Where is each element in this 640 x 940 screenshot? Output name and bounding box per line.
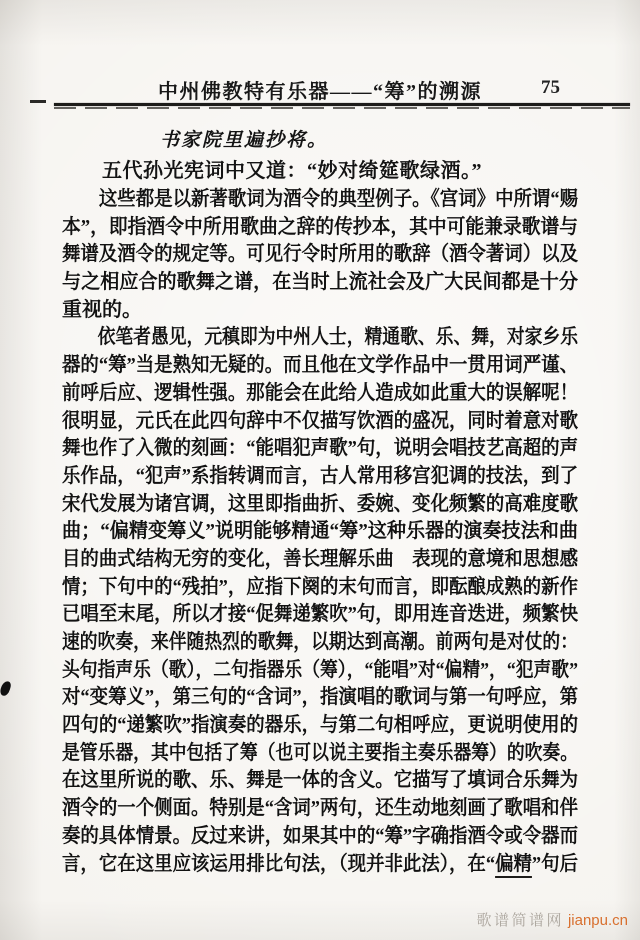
text-line-content: 舞也作了入微的刻画：“能唱犯声歌”句，说明会唱技艺高超的声 — [62, 437, 578, 459]
watermark-site-url: jianpu.cn — [568, 912, 628, 929]
text-line: 头句指声乐（歌），二句指器乐（筹），“能唱”对“偏精”，“犯声歌” — [62, 657, 521, 685]
text-line-content: 酒令的一个侧面。特别是“含词”两句，还生动地刻画了歌唱和伴 — [62, 797, 578, 819]
header-rule-line — [54, 103, 630, 106]
ink-speck — [0, 680, 12, 697]
text-line-content: 乐作品，“犯声”系指转调而言，古人常用移宫犯调的技法，到了 — [62, 465, 578, 487]
text-line-content: 很明显，元氏在此四句辞中不仅描写饮酒的盛况，同时着意对歌 — [62, 410, 578, 432]
header-rule — [54, 103, 630, 111]
paragraph-intro-text: 五代孙光宪词中又道：“妙对绮筵歌绿酒。” — [102, 160, 482, 182]
text-line-content: 是管乐器，其中包括了筹（也可以说主要指主奏乐器筹）的吹奏。 — [62, 742, 578, 764]
header-rule-stub — [30, 100, 46, 103]
poem-quote-text: 书家院里遍抄将。 — [160, 130, 328, 151]
text-line-content: 奏的具体情景。反过来讲，如果其中的“筹”字确指酒令或令器而 — [62, 825, 578, 847]
text-line: 是管乐器，其中包括了筹（也可以说主要指主奏乐器筹）的吹奏。 — [62, 740, 521, 768]
text-line: 酒令的一个侧面。特别是“含词”两句，还生动地刻画了歌唱和伴 — [62, 795, 537, 823]
text-line: 与之相应合的歌舞之谱，在当时上流社会及广大民间都是十分 — [62, 269, 555, 297]
watermark: 歌谱简谱网jianpu.cn — [476, 909, 628, 930]
text-line: 这些都是以新著歌词为酒令的典型例子。《宫词》中所谓“赐 — [62, 186, 537, 214]
poem-quote-line: 书家院里遍抄将。 — [62, 126, 578, 156]
watermark-site-name: 歌谱简谱网 — [476, 912, 564, 929]
page-number: 75 — [541, 77, 560, 99]
text-line: 速的吹奏，来伴随热烈的歌舞，以期达到高潮。前两句是对仗的： — [62, 629, 521, 657]
emphasis-underline: 偏精 — [495, 853, 532, 878]
text-line-content: 这些都是以新著歌词为酒令的典型例子。《宫词》中所谓“赐 — [99, 188, 578, 210]
text-line: 依笔者愚见，元稹即为中州人士，精通歌、乐、舞，对家乡乐 — [62, 324, 521, 352]
text-line: 很明显，元氏在此四句辞中不仅描写饮酒的盛况，同时着意对歌 — [62, 408, 537, 436]
text-line: 前呼后应、逻辑性强。那能会在此给人造成如此重大的误解呢！ — [62, 380, 537, 408]
text-line: 情；下句中的“残拍”，应指下阕的末句而言，即酝酿成熟的新作 — [62, 574, 537, 602]
text-line-content: 器的“筹”当是熟知无疑的。而且他在文学作品中一贯用词严谨、 — [62, 354, 578, 376]
text-line: 奏的具体情景。反过来讲，如果其中的“筹”字确指酒令或令器而 — [62, 823, 537, 851]
text-line-content: 本”，即指酒令中所用歌曲之辞的传抄本，其中可能兼录歌谱与 — [62, 216, 578, 238]
header-rule-dashes — [54, 107, 630, 109]
text-line: 重视的。 — [62, 297, 578, 325]
text-line-content: 目的曲式结构无穷的变化，善长理解乐曲 表现的意境和思想感 — [62, 548, 578, 570]
text-line: 曲；“偏精变筹义”说明能够精通“筹”这种乐器的演奏技法和曲 — [62, 518, 555, 546]
text-line-content: 与之相应合的歌舞之谱，在当时上流社会及广大民间都是十分 — [62, 271, 578, 293]
text-line: 目的曲式结构无穷的变化，善长理解乐曲 表现的意境和思想感 — [62, 546, 537, 574]
text-line-content: 对“变筹义”，第三句的“含词”，指演唱的歌词与第一句呼应，第 — [62, 686, 578, 708]
text-line-content: 已唱至末尾，所以才接“促舞递繁吹”句，即用连音迭进，频繁快 — [62, 603, 578, 625]
text-line: 对“变筹义”，第三句的“含词”，指演唱的歌词与第一句呼应，第 — [62, 684, 537, 712]
text-line: 器的“筹”当是熟知无疑的。而且他在文学作品中一贯用词严谨、 — [62, 352, 537, 380]
paragraph-intro-line: 五代孙光宪词中又道：“妙对绮筵歌绿酒。” — [62, 156, 578, 186]
text-line-content: 言，它在这里应该运用排比句法，（现并非此法），在“ — [62, 853, 495, 875]
text-line-content: 情；下句中的“残拍”，应指下阕的末句而言，即酝酿成熟的新作 — [62, 576, 578, 598]
text-line-content: ”句后 — [532, 853, 578, 875]
text-line-content: 头句指声乐（歌），二句指器乐（筹），“能唱”对“偏精”，“犯声歌” — [62, 659, 578, 681]
text-line: 已唱至末尾，所以才接“促舞递繁吹”句，即用连音迭进，频繁快 — [62, 601, 537, 629]
text-line-content: 宋代发展为诸宫调，这里即指曲折、委婉、变化频繁的高难度歌 — [62, 493, 578, 515]
text-line-content: 前呼后应、逻辑性强。那能会在此给人造成如此重大的误解呢！ — [62, 382, 578, 404]
text-line-content: 舞谱及酒令的规定等。可见行令时所用的歌辞（酒令著词）以及 — [62, 243, 578, 265]
scanned-book-page: 中州佛教特有乐器——“筹”的溯源 75 书家院里遍抄将。 五代孙光宪词中又道：“… — [0, 0, 640, 940]
text-line-content: 速的吹奏，来伴随热烈的歌舞，以期达到高潮。前两句是对仗的： — [62, 631, 578, 653]
text-line-with-emphasis: 言，它在这里应该运用排比句法，（现并非此法），在“偏精”句后 — [62, 851, 537, 879]
text-line: 本”，即指酒令中所用歌曲之辞的传抄本，其中可能兼录歌谱与 — [62, 214, 546, 242]
text-line-content: 依笔者愚见，元稹即为中州人士，精通歌、乐、舞，对家乡乐 — [98, 326, 578, 348]
text-line-content: 重视的。 — [62, 299, 142, 321]
body-text: 书家院里遍抄将。 五代孙光宪词中又道：“妙对绮筵歌绿酒。” 这些都是以新著歌词为… — [62, 126, 578, 878]
text-line: 在这里所说的歌、乐、舞是一体的含义。它描写了填词合乐舞为 — [62, 767, 537, 795]
text-line: 四句的“递繁吹”指演奏的器乐，与第二句相呼应，更说明使用的 — [62, 712, 537, 740]
text-line: 乐作品，“犯声”系指转调而言，古人常用移宫犯调的技法，到了 — [62, 463, 537, 491]
text-line: 宋代发展为诸宫调，这里即指曲折、委婉、变化频繁的高难度歌 — [62, 491, 537, 519]
text-line-content: 四句的“递繁吹”指演奏的器乐，与第二句相呼应，更说明使用的 — [62, 714, 578, 736]
text-line-content: 在这里所说的歌、乐、舞是一体的含义。它描写了填词合乐舞为 — [62, 769, 578, 791]
text-line-content: 曲；“偏精变筹义”说明能够精通“筹”这种乐器的演奏技法和曲 — [62, 520, 578, 542]
text-line: 舞也作了入微的刻画：“能唱犯声歌”句，说明会唱技艺高超的声 — [62, 435, 537, 463]
text-line: 舞谱及酒令的规定等。可见行令时所用的歌辞（酒令著词）以及 — [62, 241, 537, 269]
